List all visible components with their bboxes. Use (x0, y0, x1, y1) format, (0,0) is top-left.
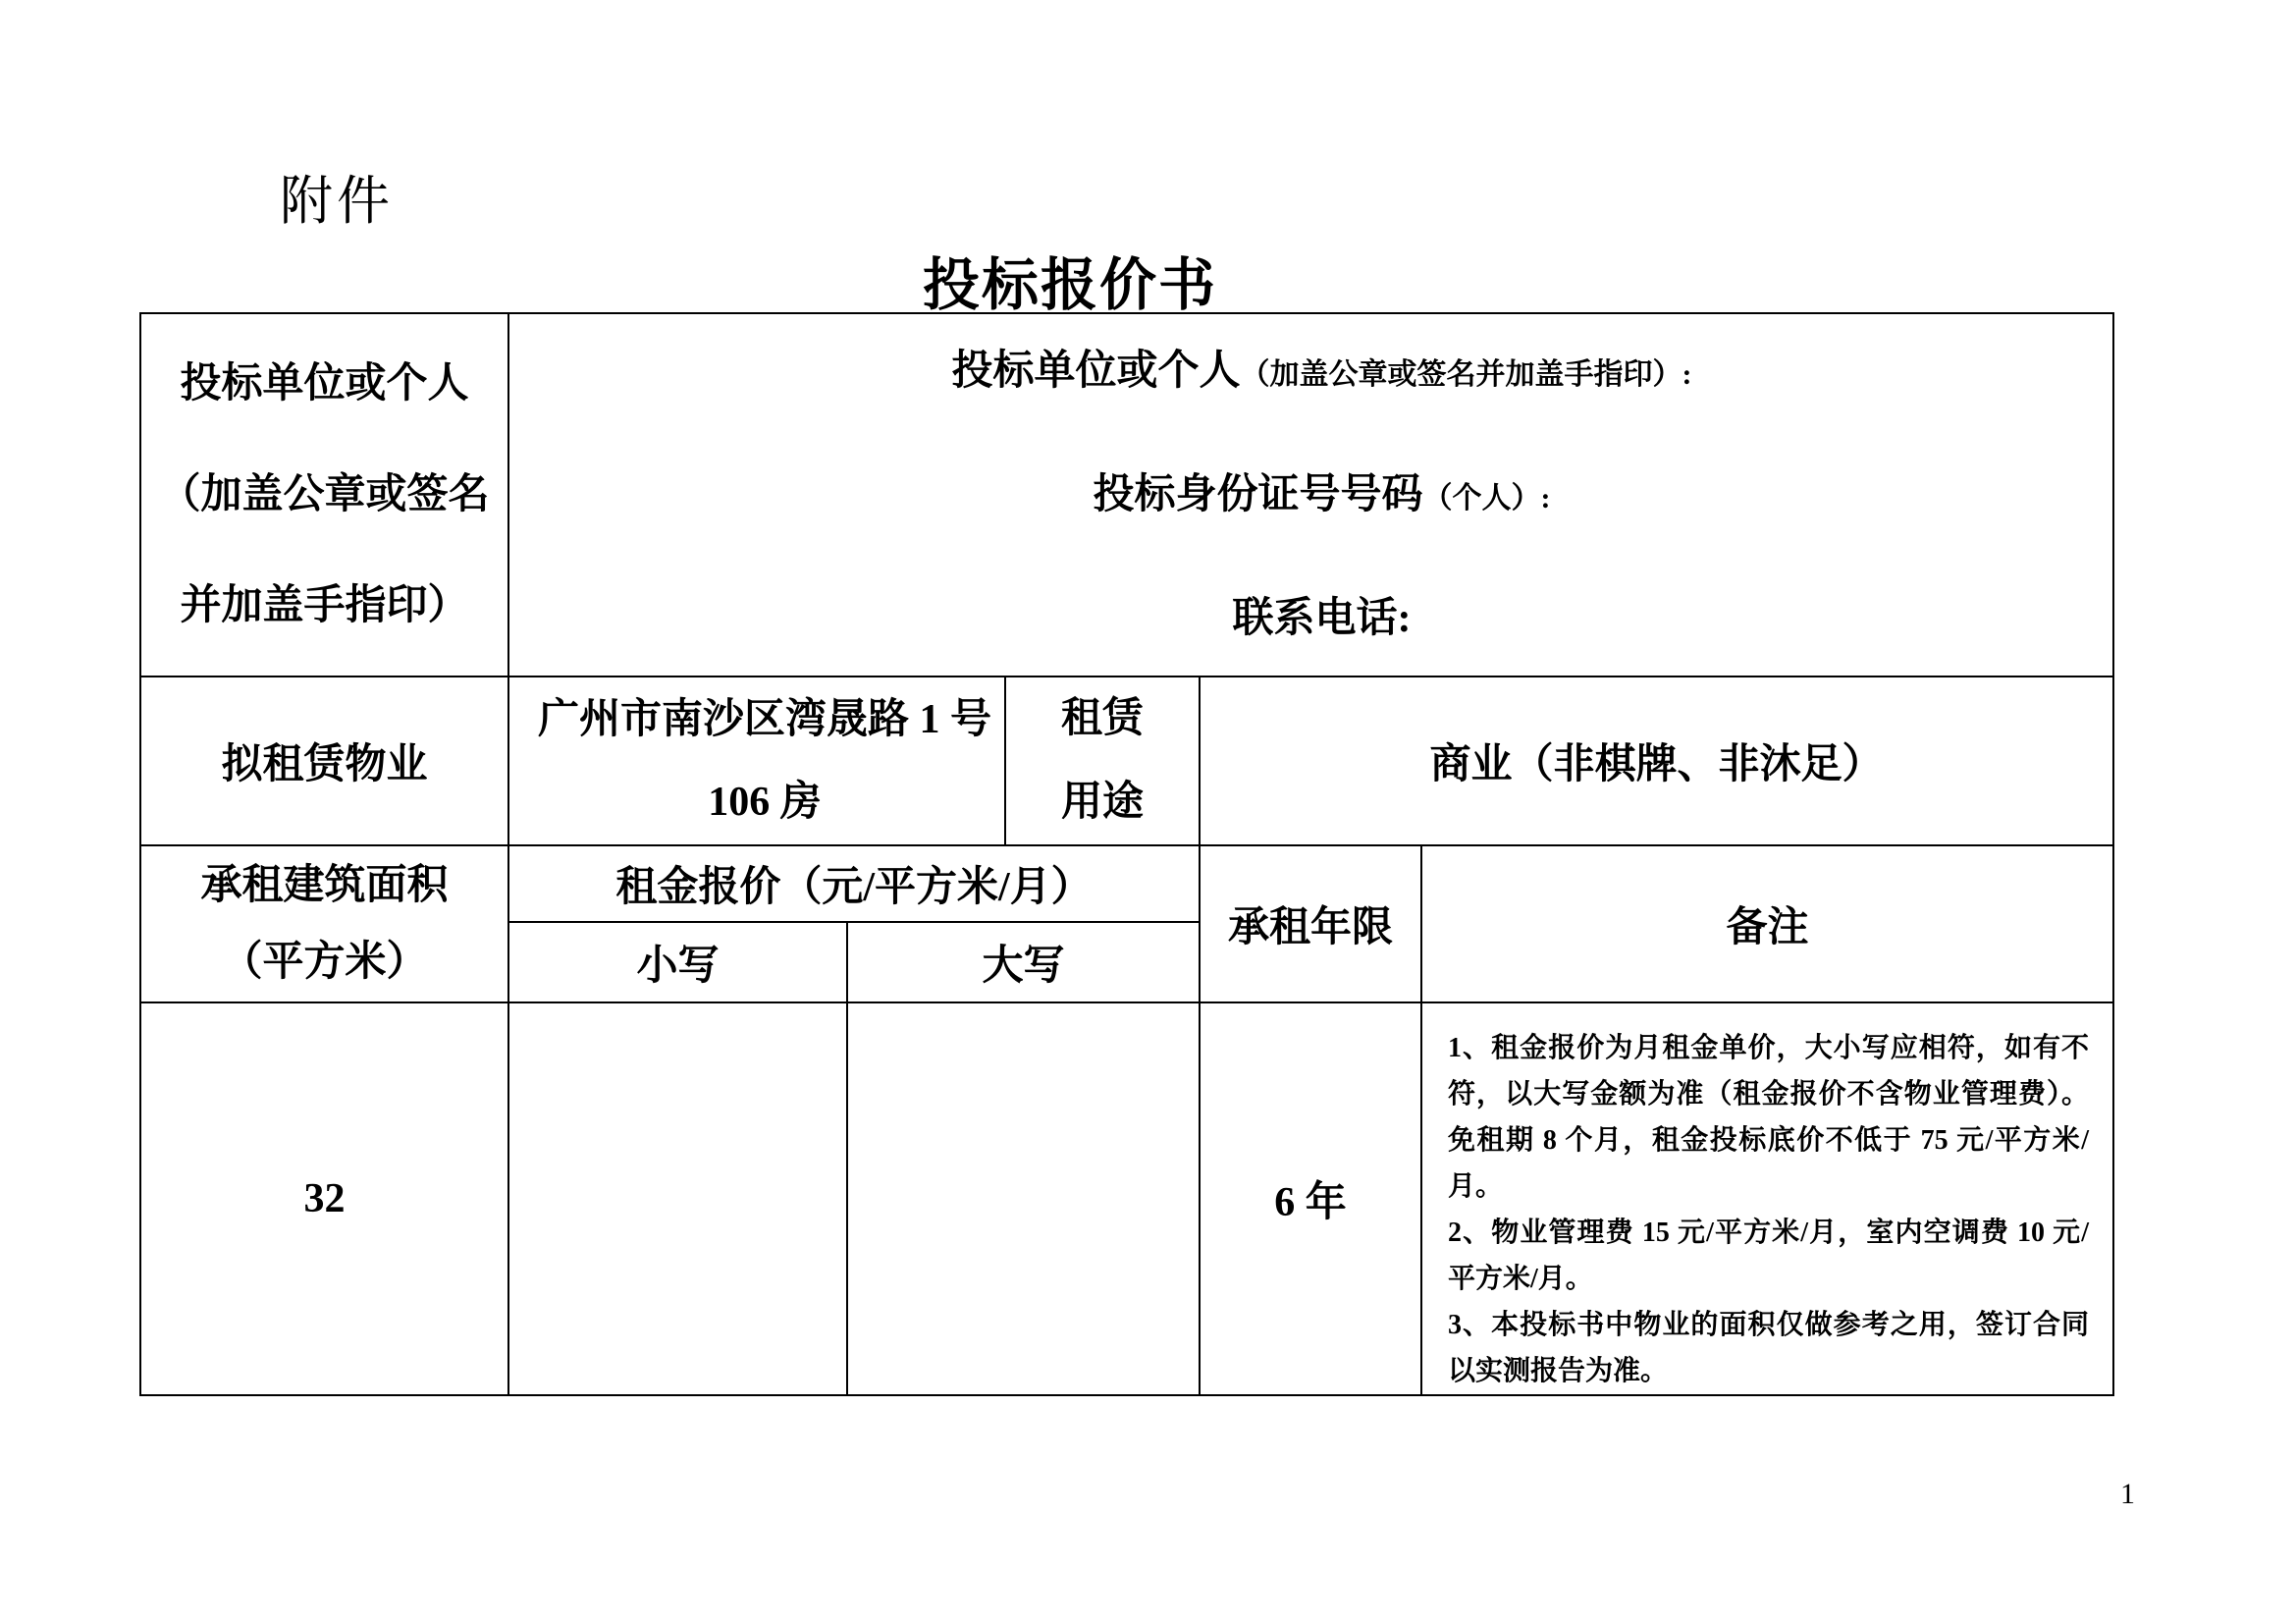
area-header-line2: （平方米） (141, 924, 507, 1001)
bidder-name-label: 投标单位或个人 (952, 349, 1241, 394)
remark-note-1: 1、租金报价为月租金单价，大小写应相符，如有不符，以大写金额为准（租金报价不含物… (1448, 1025, 2089, 1210)
bidder-id-note: （个人）: (1423, 482, 1551, 514)
bidder-phone-label: 联系电话: (1233, 596, 1412, 641)
bidder-fields-cell: 投标单位或个人（加盖公章或签名并加盖手指印）: 投标身份证号号码（个人）: 联系… (508, 313, 2113, 677)
rent-quote-header-cell: 租金报价（元/平方米/月） (508, 845, 1200, 922)
usage-label-line1: 租赁 (1006, 677, 1199, 761)
bidder-header-line1: 投标单位或个人 (141, 329, 507, 440)
page-number: 1 (2120, 1478, 2135, 1511)
rent-lowercase-value-cell (508, 1002, 847, 1395)
bidder-name-field: 投标单位或个人（加盖公章或签名并加盖手指印）: (531, 313, 2112, 435)
bidder-fields: 投标单位或个人（加盖公章或签名并加盖手指印）: 投标身份证号号码（个人）: 联系… (509, 315, 2112, 675)
attachment-label: 附件 (280, 159, 394, 235)
remarks-header-cell: 备注 (1421, 845, 2113, 1002)
property-address-cell: 广州市南沙区湾晟路 1 号 106 房 (508, 677, 1005, 845)
bidder-row-header-cell: 投标单位或个人 （加盖公章或签名 并加盖手指印） (140, 313, 508, 677)
bidder-phone-field: 联系电话: (531, 559, 2112, 677)
property-label-cell: 拟租赁物业 (140, 677, 508, 845)
remarks-value-cell: 1、租金报价为月租金单价，大小写应相符，如有不符，以大写金额为准（租金报价不含物… (1421, 1002, 2113, 1395)
remarks-notes: 1、租金报价为月租金单价，大小写应相符，如有不符，以大写金额为准（租金报价不含物… (1422, 1003, 2112, 1394)
property-address-line1: 广州市南沙区湾晟路 1 号 (525, 678, 1004, 761)
bidder-header-line2: （加盖公章或签名 (141, 440, 507, 551)
bidder-id-label: 投标身份证号号码 (1094, 472, 1423, 517)
lease-term-header-cell: 承租年限 (1200, 845, 1421, 1002)
usage-label-line2: 用途 (1006, 761, 1199, 844)
bidder-name-note: （加盖公章或签名并加盖手指印）: (1241, 358, 1692, 391)
rent-uppercase-value-cell (847, 1002, 1200, 1395)
property-address: 广州市南沙区湾晟路 1 号 106 房 (509, 678, 1004, 843)
document-title: 投标报价书 (0, 239, 2140, 321)
bid-quotation-table: 投标单位或个人 （加盖公章或签名 并加盖手指印） 投标单位或个人（加盖公章或签名… (139, 312, 2114, 1396)
bidder-id-field: 投标身份证号号码（个人）: (531, 435, 2112, 559)
area-header-cell: 承租建筑面积 （平方米） (140, 845, 508, 1002)
property-address-line2: 106 房 (525, 761, 1004, 843)
area-value-cell: 32 (140, 1002, 508, 1395)
usage-value-cell: 商业（非棋牌、非沐足） (1200, 677, 2113, 845)
usage-label-cell: 租赁 用途 (1005, 677, 1200, 845)
bidder-header-line3: 并加盖手指印） (141, 551, 507, 662)
remark-note-3: 3、本投标书中物业的面积仅做参考之用，签订合同以实测报告为准。 (1448, 1302, 2089, 1394)
area-header-line1: 承租建筑面积 (141, 847, 507, 924)
lease-term-value-cell: 6 年 (1200, 1002, 1421, 1395)
lowercase-header-cell: 小写 (508, 922, 847, 1002)
uppercase-header-cell: 大写 (847, 922, 1200, 1002)
document-page: 附件 投标报价书 投标单位或个人 （加盖公章或签名 并加盖手指印） 投标单位或个… (0, 0, 2296, 1624)
remark-note-2: 2、物业管理费 15 元/平方米/月，室内空调费 10 元/平方米/月。 (1448, 1210, 2089, 1302)
